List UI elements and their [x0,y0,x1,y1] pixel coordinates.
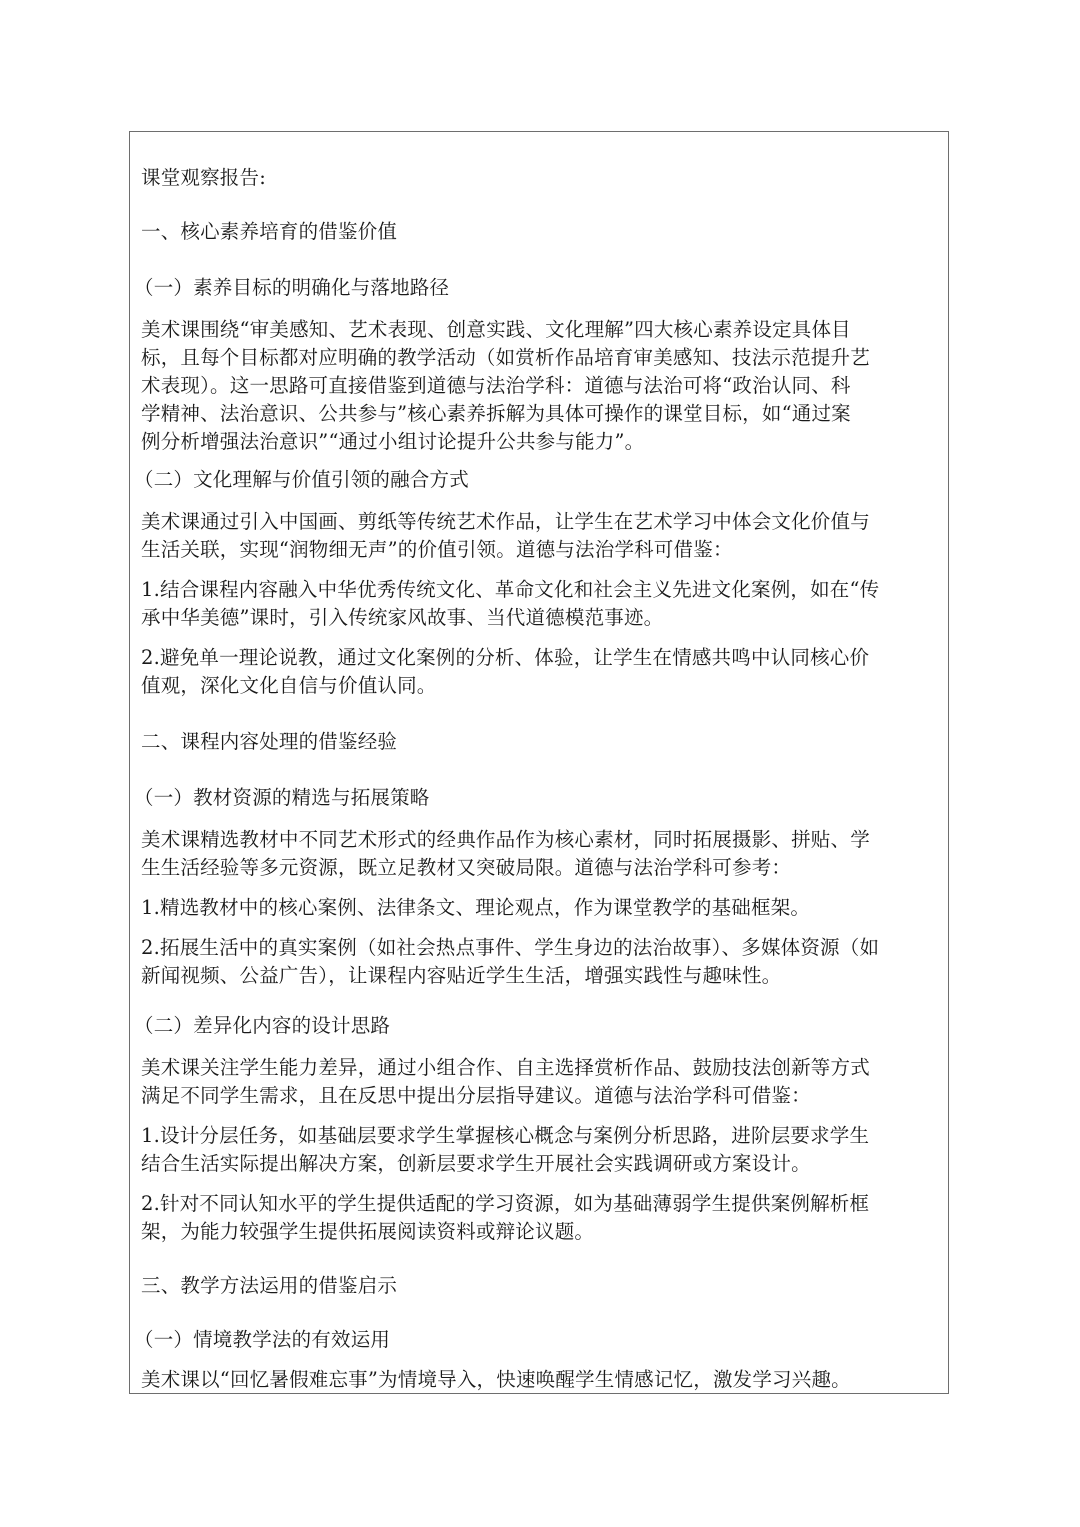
paragraph-line: 2.拓展生活中的真实案例（如社会热点事件、学生身边的法治故事）、多媒体资源（如 [141,934,879,961]
section-heading-3: 三、教学方法运用的借鉴启示 [141,1272,397,1299]
subsection-heading-2-1: （一）教材资源的精选与拓展策略 [134,784,430,811]
subsection-heading-2-2: （二）差异化内容的设计思路 [134,1012,390,1039]
paragraph-line: 美术课以“回忆暑假难忘事”为情境导入，快速唤醒学生情感记忆，激发学习兴趣。 [141,1366,851,1393]
subsection-heading-1-2: （二）文化理解与价值引领的融合方式 [134,466,469,493]
paragraph-line: 承中华美德”课时，引入传统家风故事、当代道德模范事迹。 [141,604,663,631]
paragraph-line: 结合生活实际提出解决方案，创新层要求学生开展社会实践调研或方案设计。 [141,1150,811,1177]
paragraph-line: 新闻视频、公益广告），让课程内容贴近学生生活，增强实践性与趣味性。 [141,962,781,989]
paragraph-line: 架，为能力较强学生提供拓展阅读资料或辩论议题。 [141,1218,594,1245]
paragraph-line: 标，且每个目标都对应明确的教学活动（如赏析作品培育审美感知、技法示范提升艺 [141,344,870,371]
paragraph-line: 美术课精选教材中不同艺术形式的经典作品作为核心素材，同时拓展摄影、拼贴、学 [141,826,870,853]
subsection-heading-1-1: （一）素养目标的明确化与落地路径 [134,274,449,301]
section-heading-1: 一、核心素养培育的借鉴价值 [141,218,397,245]
subsection-heading-3-1: （一）情境教学法的有效运用 [134,1326,390,1353]
paragraph-line: 满足不同学生需求，且在反思中提出分层指导建议。道德与法治学科可借鉴： [141,1082,811,1109]
paragraph-line: 生活关联，实现“润物细无声”的价值引领。道德与法治学科可借鉴： [141,536,733,563]
paragraph-line: 术表现）。这一思路可直接借鉴到道德与法治学科：道德与法治可将“政治认同、科 [141,372,851,399]
paragraph-line: 例分析增强法治意识”“通过小组讨论提升公共参与能力”。 [141,428,644,455]
paragraph-line: 1.精选教材中的核心案例、法律条文、理论观点，作为课堂教学的基础框架。 [141,894,810,921]
paragraph-line: 学精神、法治意识、公共参与”核心素养拆解为具体可操作的课堂目标，如“通过案 [141,400,851,427]
observation-report-box: 课堂观察报告: 一、核心素养培育的借鉴价值 （一）素养目标的明确化与落地路径 美… [129,131,949,1394]
paragraph-line: 2.避免单一理论说教，通过文化案例的分析、体验，让学生在情感共鸣中认同核心价 [141,644,869,671]
paragraph-line: 值观，深化文化自信与价值认同。 [141,672,437,699]
paragraph-line: 1.设计分层任务，如基础层要求学生掌握核心概念与案例分析思路，进阶层要求学生 [141,1122,869,1149]
paragraph-line: 美术课通过引入中国画、剪纸等传统艺术作品，让学生在艺术学习中体会文化价值与 [141,508,870,535]
paragraph-line: 2.针对不同认知水平的学生提供适配的学习资源，如为基础薄弱学生提供案例解析框 [141,1190,869,1217]
paragraph-line: 1.结合课程内容融入中华优秀传统文化、革命文化和社会主义先进文化案例，如在“传 [141,576,879,603]
report-title: 课堂观察报告: [141,164,266,191]
paragraph-line: 生生活经验等多元资源，既立足教材又突破局限。道德与法治学科可参考： [141,854,791,881]
paragraph-line: 美术课关注学生能力差异，通过小组合作、自主选择赏析作品、鼓励技法创新等方式 [141,1054,870,1081]
section-heading-2: 二、课程内容处理的借鉴经验 [141,728,397,755]
paragraph-line: 美术课围绕“审美感知、艺术表现、创意实践、文化理解”四大核心素养设定具体目 [141,316,851,343]
